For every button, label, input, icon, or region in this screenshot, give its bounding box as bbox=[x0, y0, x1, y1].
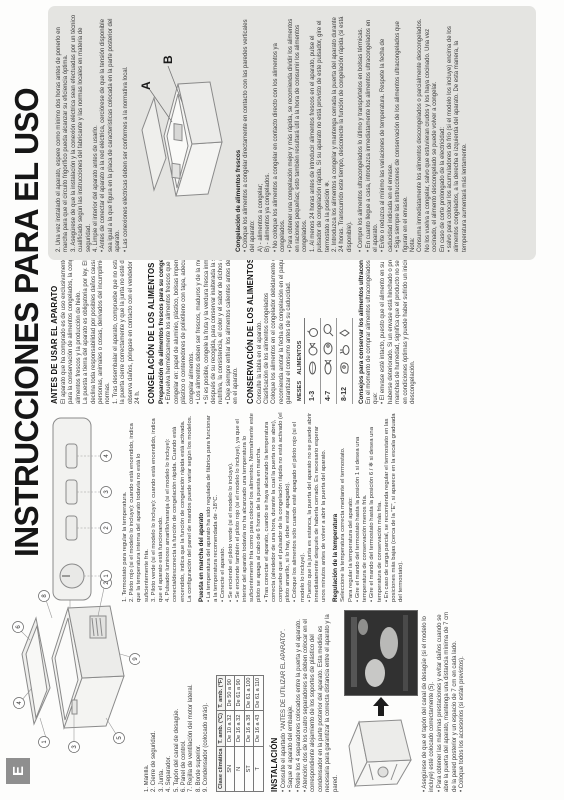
cell: De 61 a 90 bbox=[235, 675, 244, 710]
subheading-congelacion-frescos: Congelación de alimentos frescos bbox=[235, 14, 242, 252]
table-row: ST De 16 a 38 De 61 a 100 bbox=[244, 675, 253, 791]
fast-freeze-button bbox=[66, 444, 77, 468]
controls-list: 1. Termostato para regular la temperatur… bbox=[122, 412, 194, 602]
months-range: 4-7 bbox=[320, 378, 336, 404]
climate-class-table: Clase climática T. amb. (°C) T. amb. (°F… bbox=[216, 675, 264, 792]
callout-number: 8 bbox=[42, 594, 48, 598]
rabbit-icon bbox=[339, 344, 350, 356]
callout-number: 6 bbox=[16, 625, 22, 629]
table-row: N De 16 a 32 De 61 a 90 bbox=[235, 675, 244, 791]
control-panel-illustration: 1 2 3 4 bbox=[50, 414, 114, 602]
language-badge-label: E bbox=[10, 766, 27, 776]
column-installation: 1. Manilla. 2. Cierre de seguridad. 3. J… bbox=[144, 610, 554, 792]
cell: De 61 a 110 bbox=[254, 675, 263, 710]
cell: De 16 a 32 bbox=[235, 711, 244, 747]
section-heading-instalacion: INSTALACIÓN bbox=[270, 610, 279, 792]
col-header-meses: MESES bbox=[296, 378, 305, 404]
panel-callout-number: 3 bbox=[104, 490, 110, 494]
freezer-corner-drawing bbox=[345, 718, 417, 792]
vegetable-icon bbox=[339, 327, 350, 339]
puesta-en-marcha-text: • La temperatura del aparato ha sido reg… bbox=[206, 412, 328, 602]
callout-number: 4 bbox=[17, 701, 23, 705]
cell: De 10 a 32 bbox=[226, 711, 235, 747]
freezer-ab-illustration: A B bbox=[134, 48, 226, 218]
col-header: T. amb. (°F) bbox=[216, 675, 225, 710]
cell: T bbox=[254, 746, 263, 791]
callout-number: 3 bbox=[72, 745, 78, 749]
table-row: 4-7 bbox=[320, 318, 336, 404]
table-row: 1-3 bbox=[304, 318, 320, 404]
cell: SN bbox=[226, 746, 235, 791]
months-range: 1-3 bbox=[304, 378, 320, 404]
language-badge: E bbox=[6, 758, 30, 784]
freezing-zones-figure: A B bbox=[134, 14, 231, 252]
zoom-arrow-icon bbox=[371, 696, 391, 718]
drain-images-row bbox=[344, 610, 418, 792]
zone-label-a: A bbox=[139, 81, 153, 90]
pork-icon bbox=[323, 342, 333, 355]
cell: De 16 a 38 bbox=[244, 711, 253, 747]
table-row: Clase climática T. amb. (°C) T. amb. (°F… bbox=[216, 675, 225, 791]
callout-number: 1 bbox=[42, 740, 48, 744]
sausage-icon bbox=[307, 361, 318, 375]
fish-icon bbox=[323, 360, 333, 375]
instalacion-text-2: • Asegúrese de que el tapón del canal de… bbox=[422, 610, 466, 792]
column-controls: 1 2 3 4 1. Termostato para regular la te… bbox=[50, 412, 556, 602]
col-header: T. amb. (°C) bbox=[216, 711, 225, 747]
table-row: SN De 10 a 32 De 50 a 90 bbox=[226, 675, 235, 791]
table-row: MESES ALIMENTOS bbox=[296, 318, 305, 404]
months-range: 8-12 bbox=[336, 378, 352, 404]
panel-callout-number: 1 bbox=[104, 574, 110, 578]
manual-page-rotated: E bbox=[0, 0, 564, 800]
cell: N bbox=[235, 746, 244, 791]
panel-callout-number: 2 bbox=[104, 526, 110, 530]
beef-icon bbox=[339, 361, 350, 375]
cell: De 61 a 100 bbox=[244, 675, 253, 710]
callout-number: 9 bbox=[133, 657, 139, 661]
poultry-icon bbox=[307, 343, 318, 356]
col-header-alimentos: ALIMENTOS bbox=[296, 318, 305, 377]
instalacion-text: • Consulte el apartado "ANTES DE UTILIZA… bbox=[281, 610, 340, 792]
gray-panel: 2. Una vez instalado el aparato, espere … bbox=[48, 6, 536, 260]
cell: De 50 a 90 bbox=[226, 675, 235, 710]
panel-callout-number: 4 bbox=[104, 454, 110, 458]
callout-number: 5 bbox=[117, 736, 123, 740]
table-row: T De 16 a 43 De 61 a 110 bbox=[254, 675, 263, 791]
table-row: 8-12 bbox=[336, 318, 352, 404]
food-icons-row bbox=[304, 318, 320, 377]
page-title: INSTRUCCIONES PARA EL USO bbox=[8, 88, 46, 557]
conservar-consejos-text: • Compre los alimentos ultracongelados l… bbox=[358, 14, 469, 252]
zone-label-b: B bbox=[161, 55, 175, 64]
subheading-puesta-en-marcha: Puesta en marcha del aparato bbox=[198, 412, 205, 602]
pilot-light-red bbox=[66, 516, 77, 540]
cell: ST bbox=[244, 746, 253, 791]
food-icons-row bbox=[320, 318, 336, 377]
scanned-manual-page: E bbox=[0, 0, 564, 800]
food-icons-row bbox=[336, 318, 352, 377]
subheading-regulacion: Regulación de la temperatura bbox=[332, 412, 339, 602]
drain-channel-photo bbox=[344, 610, 418, 696]
parts-list: 1. Manilla. 2. Cierre de seguridad. 3. J… bbox=[144, 610, 211, 792]
col-header: Clase climática bbox=[216, 746, 225, 791]
fruit-icon bbox=[307, 327, 318, 338]
pilot-light-green bbox=[66, 480, 77, 504]
cell: De 16 a 43 bbox=[254, 711, 263, 747]
regulacion-text: Seleccione la temperatura correcta media… bbox=[340, 412, 405, 602]
antes-continuation-text: 2. Una vez instalado el aparato, espere … bbox=[56, 14, 130, 252]
drumstick-icon bbox=[323, 324, 334, 337]
congelacion-frescos-text: • Coloque los alimentos a congelar direc… bbox=[243, 14, 354, 252]
food-storage-table: MESES ALIMENTOS 1-3 4-7 bbox=[296, 318, 353, 404]
